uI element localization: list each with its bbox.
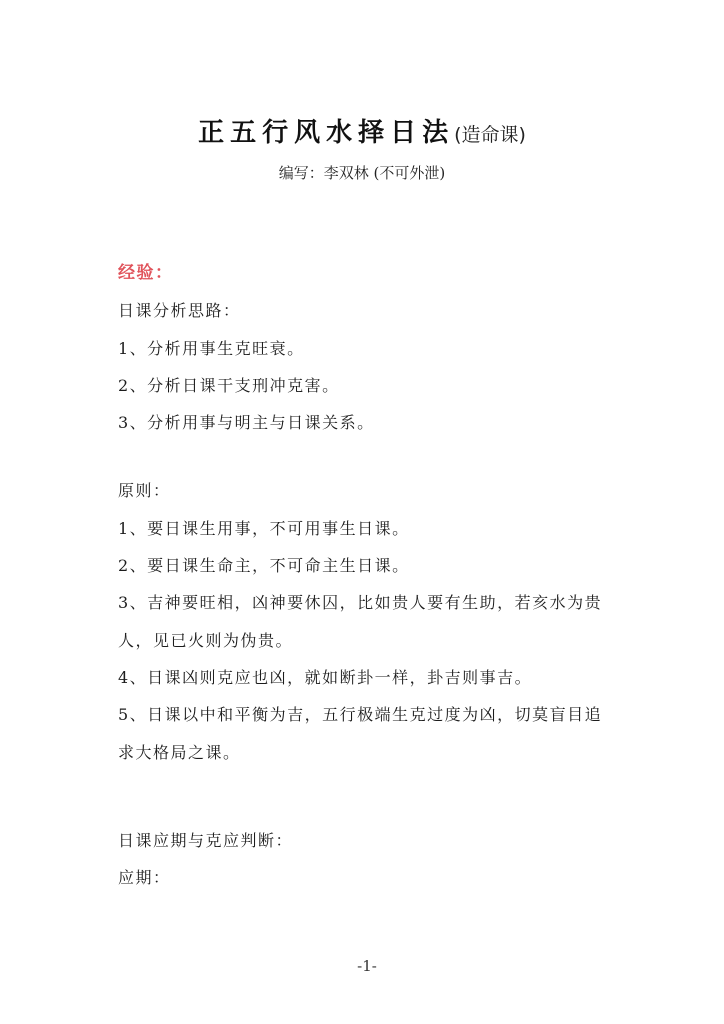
- timing-subheading: 应期：: [118, 865, 171, 888]
- page-number: -1-: [0, 957, 724, 975]
- title-suffix: (造命课): [454, 124, 526, 146]
- analysis-item: 3、分析用事与明主与日课关系。: [118, 410, 375, 433]
- principle-line: 2、要日课生命主，不可命主生日课。: [118, 553, 410, 576]
- principle-line: 4、日课凶则克应也凶，就如断卦一样，卦吉则事吉。: [118, 665, 532, 688]
- document-title: 正五行风水择日法(造命课): [0, 112, 724, 149]
- principle-line: 求大格局之课。: [118, 740, 241, 763]
- principle-line: 人，见已火则为伪贵。: [118, 628, 293, 651]
- principles-heading: 原则：: [118, 478, 171, 501]
- experience-heading: 经验：: [118, 258, 174, 283]
- principle-line: 3、吉神要旺相，凶神要休囚，比如贵人要有生助，若亥水为贵: [118, 590, 602, 613]
- principle-line: 1、要日课生用事，不可用事生日课。: [118, 516, 410, 539]
- title-main: 正五行风水择日法: [198, 118, 454, 148]
- author-line: 编写：李双林 (不可外泄): [0, 162, 724, 183]
- analysis-item: 2、分析日课干支刑冲克害。: [118, 373, 340, 396]
- timing-heading: 日课应期与克应判断：: [118, 828, 293, 851]
- principle-line: 5、日课以中和平衡为吉，五行极端生克过度为凶，切莫盲目追: [118, 702, 602, 725]
- analysis-item: 1、分析用事生克旺衰。: [118, 336, 305, 359]
- analysis-subheading: 日课分析思路：: [118, 298, 241, 321]
